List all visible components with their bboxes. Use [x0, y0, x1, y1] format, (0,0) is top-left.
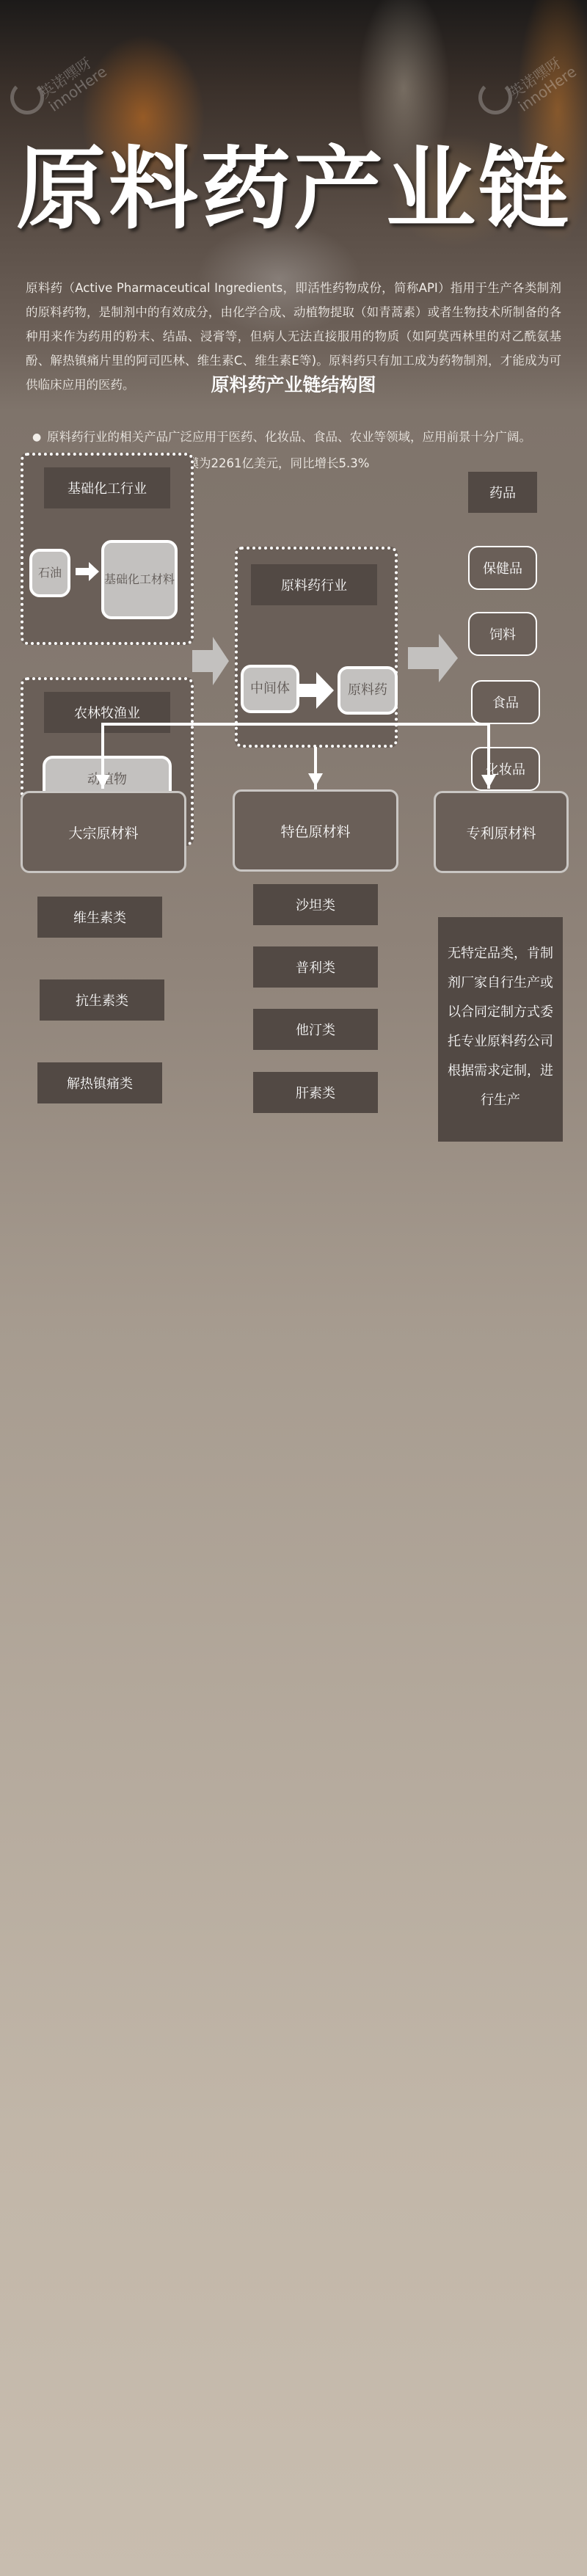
bulk-item: 解热镇痛类	[37, 1062, 162, 1103]
arrow-down-icon	[308, 773, 323, 788]
midstream-api-label: 原料药行业	[251, 564, 377, 605]
category-bulk: 大宗原材料	[21, 791, 186, 873]
arrow-right-icon	[76, 561, 101, 583]
bulk-item: 抗生素类	[40, 979, 164, 1021]
arrow-right-icon	[408, 634, 459, 682]
bulk-item: 维生素类	[37, 897, 162, 938]
upstream-agriculture-label: 农林牧渔业	[44, 692, 170, 733]
specialty-item: 普利类	[253, 946, 378, 988]
node-petroleum: 石油	[29, 549, 70, 597]
arrow-down-icon	[95, 775, 110, 789]
specialty-item: 他汀类	[253, 1009, 378, 1050]
category-specialty: 特色原材料	[233, 789, 398, 872]
page-title: 原料药产业链	[0, 117, 587, 246]
downstream-drugs-label: 药品	[468, 472, 537, 513]
downstream-health-products: 保健品	[468, 546, 537, 590]
diagram-title: 原料药产业链结构图	[0, 371, 587, 397]
category-patent: 专利原材料	[434, 791, 569, 873]
infographic-page: 英诺嘿呀innoHere 英诺嘿呀innoHere 原料药产业链 原料药（Act…	[0, 0, 587, 2576]
arrow-down-icon	[481, 775, 496, 789]
node-api: 原料药	[338, 666, 398, 715]
node-intermediate: 中间体	[241, 665, 299, 713]
patent-note: 无特定品类，肯制剂厂家自行生产或以合同定制方式委托专业原料药公司根据需求定制，进…	[438, 917, 563, 1142]
specialty-item: 肝素类	[253, 1072, 378, 1113]
node-basic-chemical-materials: 基础化工材料	[101, 540, 178, 619]
downstream-food: 食品	[471, 680, 540, 724]
downstream-feed: 饲料	[468, 612, 537, 656]
upstream-chemical-label: 基础化工行业	[44, 467, 170, 508]
connector-line	[101, 723, 489, 726]
specialty-item: 沙坦类	[253, 884, 378, 925]
arrow-right-icon	[299, 672, 335, 709]
arrow-right-icon	[192, 637, 230, 685]
